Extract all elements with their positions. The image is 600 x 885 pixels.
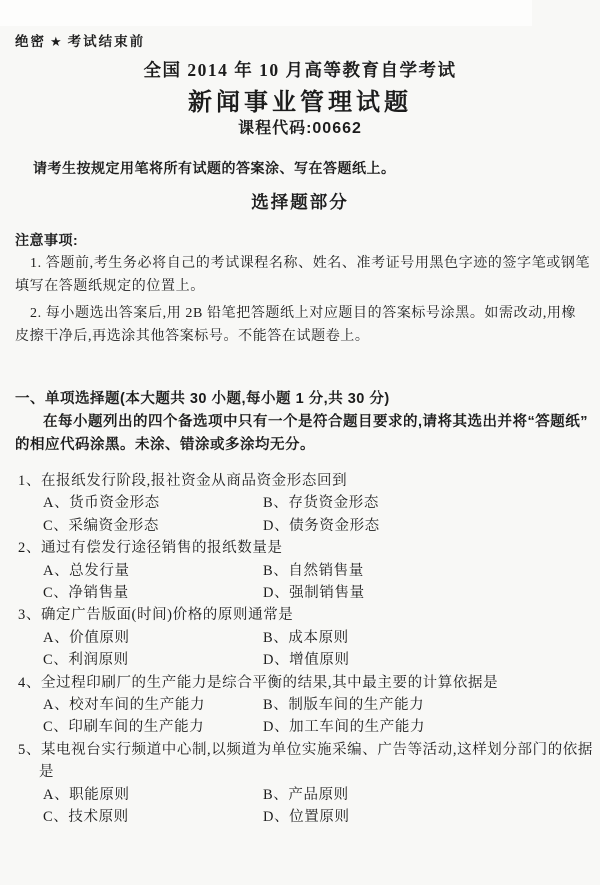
- question-list: 1、在报纸发行阶段,报社资金从商品资金形态回到 A、货币资金形态 B、存货资金形…: [15, 470, 585, 829]
- question-stem: 4、全过程印刷厂的生产能力是综合平衡的结果,其中最主要的计算依据是: [15, 672, 585, 694]
- question-text: 全过程印刷厂的生产能力是综合平衡的结果,其中最主要的计算依据是: [41, 675, 498, 691]
- course-code: 课程代码:00662: [15, 120, 585, 138]
- question-block: 2、通过有偿发行途径销售的报纸数量是 A、总发行量 B、自然销售量 C、净销售量…: [15, 537, 585, 604]
- question-block: 4、全过程印刷厂的生产能力是综合平衡的结果,其中最主要的计算依据是 A、校对车间…: [15, 672, 585, 739]
- option-b: B、产品原则: [263, 784, 349, 806]
- option-row: A、货币资金形态 B、存货资金形态: [15, 492, 585, 514]
- option-row: A、总发行量 B、自然销售量: [15, 560, 585, 582]
- option-d: D、债务资金形态: [263, 515, 380, 537]
- answer-instruction: 请考生按规定用笔将所有试题的答案涂、写在答题纸上。: [15, 160, 585, 176]
- notes-heading: 注意事项:: [15, 232, 585, 248]
- question-block: 1、在报纸发行阶段,报社资金从商品资金形态回到 A、货币资金形态 B、存货资金形…: [15, 470, 585, 537]
- option-d: D、增值原则: [263, 649, 350, 671]
- option-row: A、校对车间的生产能力 B、制版车间的生产能力: [15, 694, 585, 716]
- option-b: B、自然销售量: [263, 560, 364, 582]
- note-line: 填写在答题纸规定的位置上。: [15, 275, 585, 298]
- option-a: A、总发行量: [43, 560, 263, 582]
- option-a: A、价值原则: [43, 627, 263, 649]
- option-row: C、采编资金形态 D、债务资金形态: [15, 515, 585, 537]
- exam-paper-page: 绝密★考试结束前 全国 2014 年 10 月高等教育自学考试 新闻事业管理试题…: [0, 0, 600, 885]
- note-item: 2. 每小题选出答案后,用 2B 铅笔把答题纸上对应题目的答案标号涂黑。如需改动…: [15, 302, 585, 348]
- page-content: 全国 2014 年 10 月高等教育自学考试 新闻事业管理试题 课程代码:006…: [15, 0, 585, 829]
- question-number: 1、: [18, 470, 41, 492]
- question-stem: 5、某电视台实行频道中心制,以频道为单位实施采编、广告等活动,这样划分部门的依据: [15, 739, 585, 761]
- question-number: 5、: [18, 739, 41, 761]
- question-stem: 2、通过有偿发行途径销售的报纸数量是: [15, 537, 585, 559]
- option-a: A、校对车间的生产能力: [43, 694, 263, 716]
- option-c: C、采编资金形态: [43, 515, 263, 537]
- option-c: C、净销售量: [43, 582, 263, 604]
- option-row: C、利润原则 D、增值原则: [15, 649, 585, 671]
- option-c: C、技术原则: [43, 806, 263, 828]
- option-a: A、职能原则: [43, 784, 263, 806]
- option-b: B、成本原则: [263, 627, 349, 649]
- question-text: 某电视台实行频道中心制,以频道为单位实施采编、广告等活动,这样划分部门的依据: [41, 742, 593, 758]
- question-stem: 3、确定广告版面(时间)价格的原则通常是: [15, 604, 585, 626]
- option-c: C、印刷车间的生产能力: [43, 716, 263, 738]
- question-text: 在报纸发行阶段,报社资金从商品资金形态回到: [41, 473, 347, 489]
- note-line: 2. 每小题选出答案后,用 2B 铅笔把答题纸上对应题目的答案标号涂黑。如需改动…: [15, 302, 585, 325]
- question-text: 通过有偿发行途径销售的报纸数量是: [41, 540, 283, 556]
- option-row: A、职能原则 B、产品原则: [15, 784, 585, 806]
- question-stem-continuation: 是: [15, 761, 585, 783]
- option-d: D、位置原则: [263, 806, 350, 828]
- question-text: 确定广告版面(时间)价格的原则通常是: [41, 607, 293, 623]
- option-row: A、价值原则 B、成本原则: [15, 627, 585, 649]
- part-instruction-line: 的相应代码涂黑。未涂、错涂或多涂均无分。: [15, 434, 585, 457]
- section-title: 选择题部分: [15, 192, 585, 212]
- paper-title: 新闻事业管理试题: [15, 87, 585, 118]
- option-a: A、货币资金形态: [43, 492, 263, 514]
- question-block: 3、确定广告版面(时间)价格的原则通常是 A、价值原则 B、成本原则 C、利润原…: [15, 604, 585, 671]
- option-row: C、印刷车间的生产能力 D、加工车间的生产能力: [15, 716, 585, 738]
- question-number: 4、: [18, 672, 41, 694]
- part-instruction-line: 在每小题列出的四个备选项中只有一个是符合题目要求的,请将其选出并将“答题纸”: [15, 411, 585, 434]
- option-b: B、制版车间的生产能力: [263, 694, 424, 716]
- option-d: D、强制销售量: [263, 582, 365, 604]
- part-heading: 一、单项选择题(本大题共 30 小题,每小题 1 分,共 30 分): [15, 388, 585, 411]
- exam-session-title: 全国 2014 年 10 月高等教育自学考试: [15, 60, 585, 81]
- option-row: C、技术原则 D、位置原则: [15, 806, 585, 828]
- option-b: B、存货资金形态: [263, 492, 379, 514]
- note-line: 皮擦干净后,再选涂其他答案标号。不能答在试题卷上。: [15, 325, 585, 348]
- option-row: C、净销售量 D、强制销售量: [15, 582, 585, 604]
- option-d: D、加工车间的生产能力: [263, 716, 425, 738]
- question-block: 5、某电视台实行频道中心制,以频道为单位实施采编、广告等活动,这样划分部门的依据…: [15, 739, 585, 829]
- option-c: C、利润原则: [43, 649, 263, 671]
- question-number: 2、: [18, 537, 41, 559]
- note-line: 1. 答题前,考生务必将自己的考试课程名称、姓名、准考证号用黑色字迹的签字笔或钢…: [15, 252, 585, 275]
- question-stem: 1、在报纸发行阶段,报社资金从商品资金形态回到: [15, 470, 585, 492]
- note-item: 1. 答题前,考生务必将自己的考试课程名称、姓名、准考证号用黑色字迹的签字笔或钢…: [15, 252, 585, 298]
- question-number: 3、: [18, 604, 41, 626]
